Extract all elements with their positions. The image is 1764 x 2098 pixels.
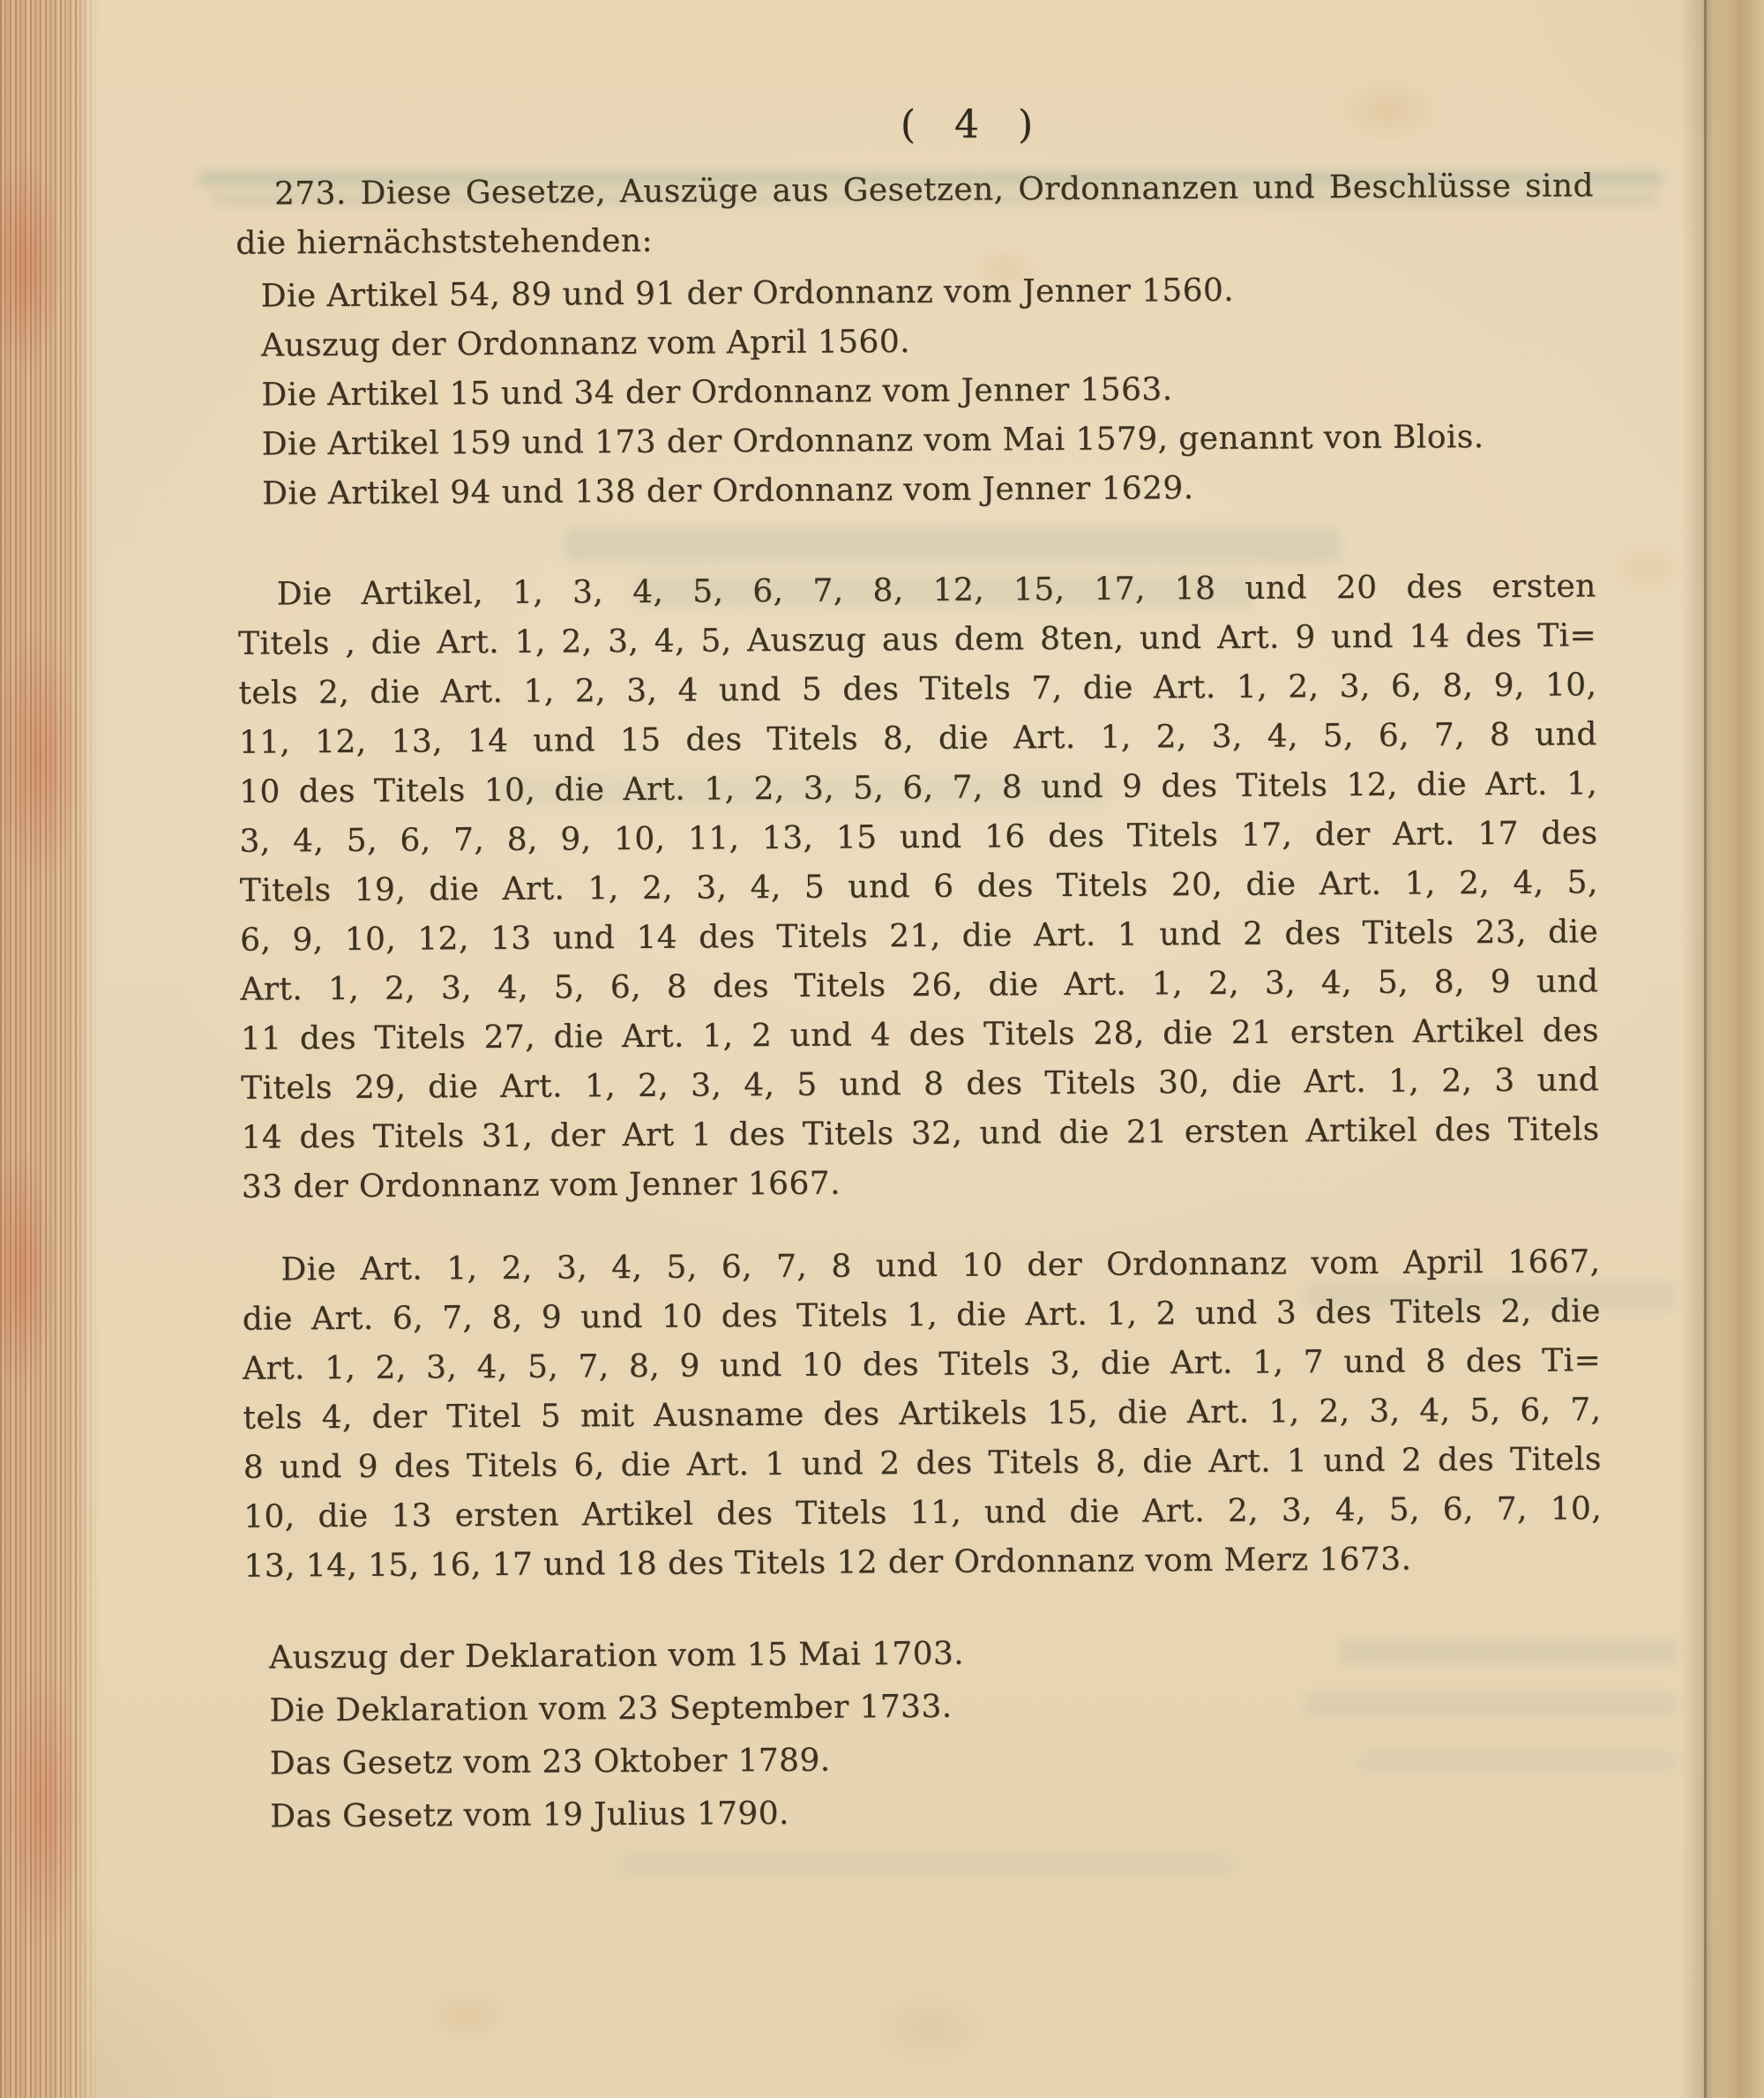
text-line: tels 4, der Titel 5 mit Ausname des Arti… <box>243 1385 1601 1443</box>
ordinance-list-1703-1790: Auszug der Deklaration vom 15 Mai 1703.D… <box>244 1624 1603 1843</box>
text-line: 3, 4, 5, 6, 7, 8, 9, 10, 11, 13, 15 und … <box>239 809 1597 866</box>
text-line: 11, 12, 13, 14 und 15 des Titels 8, die … <box>239 710 1597 767</box>
fore-edge-marbling <box>0 0 99 2098</box>
text-line: Auszug der Deklaration vom 15 Mai 1703. <box>269 1624 1603 1684</box>
text-line: 14 des Titels 31, der Art 1 des Titels 3… <box>241 1105 1599 1162</box>
page-right-edge <box>1680 0 1764 2098</box>
text-line: Die Art. 1, 2, 3, 4, 5, 6, 7, 8 und 10 d… <box>242 1237 1600 1295</box>
text-line: Auszug der Ordonnanz vom April 1560. <box>261 313 1595 370</box>
text-line: Die Artikel, 1, 3, 4, 5, 6, 7, 8, 12, 15… <box>238 562 1596 619</box>
text-line: 11 des Titels 27, die Art. 1, 2 und 4 de… <box>241 1006 1599 1064</box>
text-line: 8 und 9 des Titels 6, die Art. 1 und 2 d… <box>243 1435 1602 1492</box>
text-line: Titels , die Art. 1, 2, 3, 4, 5, Auszug … <box>238 611 1596 668</box>
text-line: 273. Diese Gesetze, Auszüge aus Gesetzen… <box>235 161 1594 219</box>
text-line: 10, die 13 ersten Artikel des Titels 11,… <box>243 1484 1602 1542</box>
text-line: Das Gesetz vom 19 Julius 1790. <box>270 1782 1603 1843</box>
paragraph-ordonnanz-jenner-1667: Die Artikel, 1, 3, 4, 5, 6, 7, 8, 12, 15… <box>238 562 1600 1212</box>
text-line: Titels 29, die Art. 1, 2, 3, 4, 5 und 8 … <box>241 1056 1599 1113</box>
text-line: Die Artikel 15 und 34 der Ordonnanz vom … <box>261 362 1595 420</box>
ordinance-list-1560-1629: Die Artikel 54, 89 und 91 der Ordonnanz … <box>236 264 1596 519</box>
text-line: Das Gesetz vom 23 Oktober 1789. <box>270 1729 1603 1790</box>
text-line: Die Artikel 94 und 138 der Ordonnanz vom… <box>262 461 1596 519</box>
text-line: 13, 14, 15, 16, 17 und 18 des Titels 12 … <box>243 1534 1602 1591</box>
text-line: Die Artikel 159 und 173 der Ordonnanz vo… <box>262 412 1596 469</box>
text-line: Titels 19, die Art. 1, 2, 3, 4, 5 und 6 … <box>240 858 1598 915</box>
showthrough-text-ghost <box>617 1852 1235 1877</box>
paragraph-ordonnanz-merz-1673: Die Art. 1, 2, 3, 4, 5, 6, 7, 8 und 10 d… <box>242 1237 1602 1591</box>
text-line: Art. 1, 2, 3, 4, 5, 7, 8, 9 und 10 des T… <box>243 1336 1601 1393</box>
text-line: Die Deklaration vom 23 September 1733. <box>269 1676 1603 1737</box>
text-line: 6, 9, 10, 12, 13 und 14 des Titels 21, d… <box>240 907 1598 965</box>
text-line: die Art. 6, 7, 8, 9 und 10 des Titels 1,… <box>243 1287 1601 1344</box>
page-content: 273. Diese Gesetze, Auszüge aus Gesetzen… <box>235 0 1604 1844</box>
text-line: Art. 1, 2, 3, 4, 5, 6, 8 des Titels 26, … <box>240 957 1598 1014</box>
text-line: tels 2, die Art. 1, 2, 3, 4 und 5 des Ti… <box>238 661 1596 718</box>
text-line: Die Artikel 54, 89 und 91 der Ordonnanz … <box>260 264 1594 321</box>
text-line: 10 des Titels 10, die Art. 1, 2, 3, 5, 6… <box>239 759 1597 817</box>
text-line: die hiernächststehenden: <box>235 211 1594 268</box>
book-page-scan: ( 4 ) 273. Diese Gesetze, Auszüge aus Ge… <box>0 0 1764 2098</box>
text-line: 33 der Ordonnanz vom Jenner 1667. <box>242 1154 1600 1212</box>
paragraph-273-intro: 273. Diese Gesetze, Auszüge aus Gesetzen… <box>235 161 1595 268</box>
